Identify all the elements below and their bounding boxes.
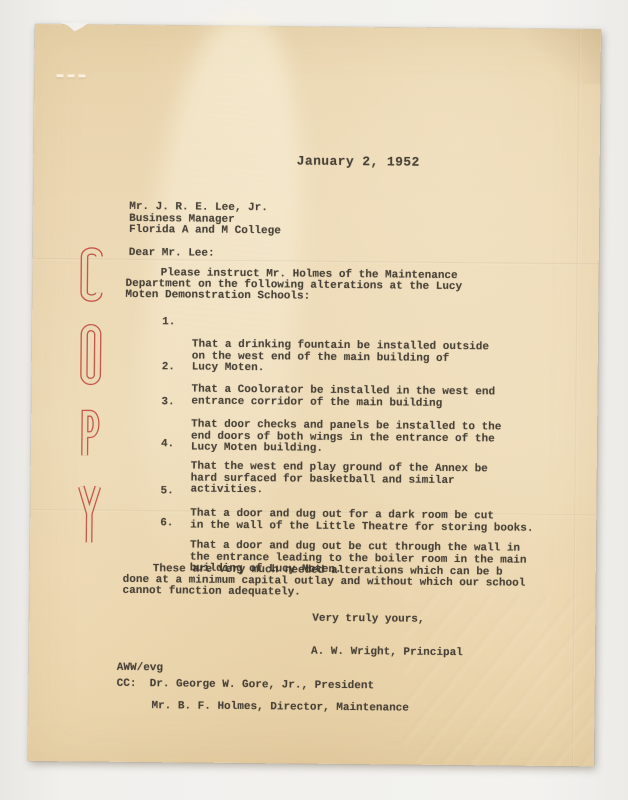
copy-stamp-letter-p (77, 406, 105, 458)
salutation: Dear Mr. Lee: (129, 248, 215, 260)
cc-recipient: Dr. George W. Gore, Jr., President (150, 679, 375, 692)
typist-reference: AWW/evg (117, 663, 163, 675)
horizontal-fold-crease (33, 258, 599, 265)
staple-marks (56, 64, 126, 77)
cc-label: CC: (117, 679, 137, 690)
signature-line: A. W. Wright, Principal (311, 647, 463, 660)
intro-paragraph: Please instruct Mr. Holmes of the Mainte… (125, 268, 565, 306)
valediction: Very truly yours, (312, 614, 424, 626)
letter-page: January 2, 1952 Mr. J. R. E. Lee, Jr. Bu… (28, 24, 601, 766)
cc-recipient: Mr. B. F. Holmes, Director, Maintenance (151, 701, 409, 715)
item-number: 3. (161, 397, 174, 408)
top-right-fold-shading (520, 29, 601, 85)
copy-stamp-letter-y (76, 483, 105, 545)
item-number: 1. (162, 317, 175, 328)
letter-date: January 2, 1952 (297, 156, 420, 168)
item-number: 6. (160, 518, 173, 529)
closing-paragraph: These are very much needed alterations w… (122, 564, 567, 602)
item-number: 2. (162, 362, 175, 373)
copy-stamp-letter-o (78, 323, 107, 385)
copy-stamp-letter-c (78, 245, 107, 303)
scanned-letter-screenshot: { "document": { "kind": "scanned typewri… (0, 0, 628, 800)
item-number: 5. (160, 486, 173, 497)
item-number: 4. (161, 439, 174, 450)
top-edge-tear (59, 22, 89, 31)
bottom-right-wrinkles (404, 595, 596, 767)
recipient-address: Mr. J. R. E. Lee, Jr. Business Manager F… (129, 202, 281, 238)
